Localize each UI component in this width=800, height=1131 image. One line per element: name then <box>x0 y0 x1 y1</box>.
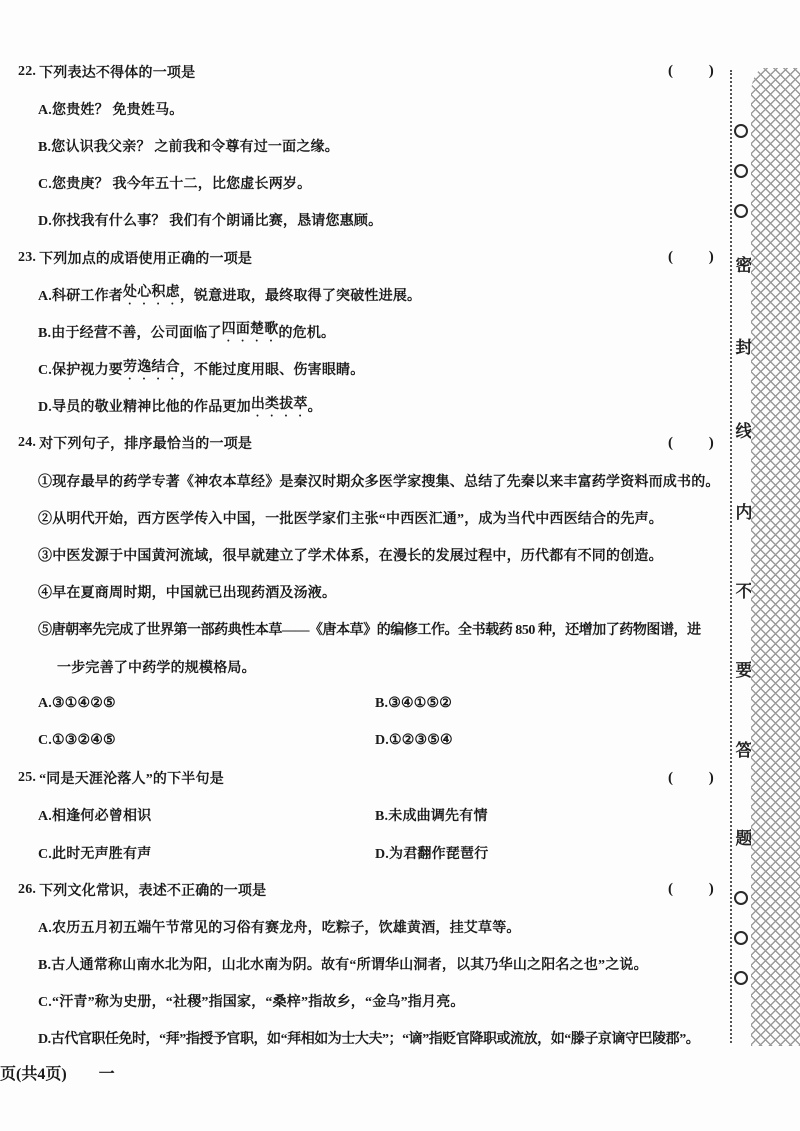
seal-dotted-line <box>730 70 732 1043</box>
bracket-open: ( <box>668 63 673 80</box>
option-line: B.古人通常称山南水北为阳，山北水南为阴。故有“所谓华山洞者，以其乃华山之阳名之… <box>0 946 732 983</box>
question-stem: 对下列句子，排序最恰当的一项是 <box>39 433 252 453</box>
page-footer: 2页(共4页) 一 <box>0 1054 115 1091</box>
question-stem: 下列文化常识，表述不正确的一项是 <box>39 880 266 900</box>
option-text: D.古代官职任免时，“拜”指授予官职，如“拜相如为士大夫”；“谪”指贬官降职或流… <box>38 1028 699 1048</box>
option-line: A.农历五月初五端午节常见的习俗有赛龙舟，吃粽子，饮雄黄酒，挂艾草等。 <box>0 908 732 945</box>
option-text: B.古人通常称山南水北为阳，山北水南为阴。故有“所谓华山洞者，以其乃华山之阳名之… <box>38 954 648 974</box>
option-text: 。 <box>308 396 322 416</box>
option-line: D.古代官职任免时，“拜”指授予官职，如“拜相如为士大夫”；“谪”指贬官降职或流… <box>0 1020 732 1057</box>
option-text: A.相逢何必曾相识 <box>38 805 151 825</box>
option-text: ③中医发源于中国黄河流域，很早就建立了学术体系，在漫长的发展过程中，历代都有不同… <box>38 545 663 565</box>
answer-bracket: () <box>668 239 714 276</box>
question-24-header: 24.对下列句子，排序最恰当的一项是() <box>0 425 732 462</box>
seal-circle <box>734 124 748 138</box>
option-line: C.您贵庚？ 我今年五十二，比您虚长两岁。 <box>0 165 732 202</box>
option-line: 一步完善了中药学的规模格局。 <box>0 648 732 685</box>
option-line: ④早在夏商周时期，中国就已出现药酒及汤液。 <box>0 574 732 611</box>
option-row: A.相逢何必曾相识B.未成曲调先有情 <box>0 797 732 834</box>
question-number: 26. <box>18 882 36 898</box>
option-line: ⑤唐朝率先完成了世界第一部药典性本草——《唐本草》的编修工作。全书载药 850 … <box>0 611 732 648</box>
seal-circle <box>734 931 748 945</box>
option-text: C.①③②④⑤ <box>38 732 116 749</box>
questions-area: 22.下列表达不得体的一项是()A.您贵姓？ 免贵姓马。B.您认识我父亲？ 之前… <box>0 0 732 1057</box>
option-text: 一步完善了中药学的规模格局。 <box>57 657 256 677</box>
option-col2: B.③④①⑤② <box>375 685 452 722</box>
option-line: ②从明代开始，西方医学传入中国，一批医学家们主张“中西医汇通”，成为当代中西医结… <box>0 499 732 536</box>
option-text: ②从明代开始，西方医学传入中国，一批医学家们主张“中西医汇通”，成为当代中西医结… <box>38 508 663 528</box>
option-line: D.你找我有什么事？ 我们有个朗诵比赛，恳请您惠顾。 <box>0 202 732 239</box>
option-text: D.导员的敬业精神比他的作品更加 <box>38 396 251 416</box>
bracket-open: ( <box>668 770 673 787</box>
option-line: B.由于经营不善，公司面临了四面楚歌的危机。 <box>0 313 732 350</box>
option-col2: D.①②③⑤④ <box>375 722 453 759</box>
question-stem: 下列加点的成语使用正确的一项是 <box>39 248 252 268</box>
emphasized-idiom: 四面楚歌 <box>222 318 279 345</box>
question-stem: 下列表达不得体的一项是 <box>39 62 195 82</box>
option-line: A.科研工作者处心积虑，锐意进取，最终取得了突破性进展。 <box>0 276 732 313</box>
option-line: C.“汗青”称为史册，“社稷”指国家，“桑梓”指故乡，“金乌”指月亮。 <box>0 983 732 1020</box>
bracket-close: ) <box>709 63 714 80</box>
option-text: ⑤唐朝率先完成了世界第一部药典性本草——《唐本草》的编修工作。全书载药 850 … <box>38 619 701 639</box>
question-22-header: 22.下列表达不得体的一项是() <box>0 53 732 90</box>
option-line: C.保护视力要劳逸结合，不能过度用眼、伤害眼睛。 <box>0 351 732 388</box>
question-number: 22. <box>18 64 36 80</box>
option-text: B.由于经营不善，公司面临了 <box>38 322 222 342</box>
seal-circle <box>734 164 748 178</box>
question-26-header: 26.下列文化常识，表述不正确的一项是() <box>0 871 732 908</box>
question-number: 25. <box>18 770 36 786</box>
option-text: A.科研工作者 <box>38 285 123 305</box>
option-text: C.保护视力要 <box>38 359 123 379</box>
seal-circle <box>734 971 748 985</box>
bracket-open: ( <box>668 881 673 898</box>
emphasized-idiom: 出类拔萃 <box>251 393 308 420</box>
binding-crosshatch-band <box>751 68 800 1046</box>
footer-dash: 一 <box>99 1061 115 1084</box>
option-col2: D.为君翻作琵琶行 <box>375 834 488 871</box>
bracket-close: ) <box>709 435 714 452</box>
page-number-text: 2页(共4页) <box>0 1061 67 1084</box>
answer-bracket: () <box>668 53 714 90</box>
option-row: C.①③②④⑤D.①②③⑤④ <box>0 722 732 759</box>
question-number: 23. <box>18 250 36 266</box>
question-number: 24. <box>18 435 36 451</box>
option-text: ，锐意进取，最终取得了突破性进展。 <box>180 285 421 305</box>
question-25-header: 25.“同是天涯沦落人”的下半句是() <box>0 760 732 797</box>
option-line: ①现存最早的药学专著《神农本草经》是秦汉时期众多医学家搜集、总结了先秦以来丰富药… <box>0 462 732 499</box>
option-line: A.您贵姓？ 免贵姓马。 <box>0 90 732 127</box>
bracket-close: ) <box>709 881 714 898</box>
option-text: ④早在夏商周时期，中国就已出现药酒及汤液。 <box>38 582 336 602</box>
exam-page: 22.下列表达不得体的一项是()A.您贵姓？ 免贵姓马。B.您认识我父亲？ 之前… <box>0 0 800 1131</box>
bracket-open: ( <box>668 435 673 452</box>
seal-circle <box>734 204 748 218</box>
option-line: B.您认识我父亲？ 之前我和令尊有过一面之缘。 <box>0 127 732 164</box>
option-text: B.您认识我父亲？ 之前我和令尊有过一面之缘。 <box>38 136 339 156</box>
bracket-open: ( <box>668 249 673 266</box>
answer-bracket: () <box>668 871 714 908</box>
option-text: 的危机。 <box>278 322 335 342</box>
option-text: A.您贵姓？ 免贵姓马。 <box>38 99 184 119</box>
answer-bracket: () <box>668 760 714 797</box>
option-col2: B.未成曲调先有情 <box>375 797 488 834</box>
question-23-header: 23.下列加点的成语使用正确的一项是() <box>0 239 732 276</box>
emphasized-idiom: 处心积虑 <box>123 281 180 308</box>
option-text: C.此时无声胜有声 <box>38 843 151 863</box>
question-stem: “同是天涯沦落人”的下半句是 <box>39 768 224 788</box>
option-row: A.③①④②⑤B.③④①⑤② <box>0 685 732 722</box>
emphasized-idiom: 劳逸结合 <box>123 356 180 383</box>
seal-circle <box>734 891 748 905</box>
option-text: ，不能过度用眼、伤害眼睛。 <box>180 359 365 379</box>
option-text: ①现存最早的药学专著《神农本草经》是秦汉时期众多医学家搜集、总结了先秦以来丰富药… <box>38 471 720 491</box>
option-text: C.您贵庚？ 我今年五十二，比您虚长两岁。 <box>38 173 311 193</box>
option-line: D.导员的敬业精神比他的作品更加出类拔萃。 <box>0 388 732 425</box>
bracket-close: ) <box>709 249 714 266</box>
option-text: A.③①④②⑤ <box>38 695 116 712</box>
option-text: D.你找我有什么事？ 我们有个朗诵比赛，恳请您惠顾。 <box>38 210 382 230</box>
option-line: ③中医发源于中国黄河流域，很早就建立了学术体系，在漫长的发展过程中，历代都有不同… <box>0 536 732 573</box>
answer-bracket: () <box>668 425 714 462</box>
option-text: C.“汗青”称为史册，“社稷”指国家，“桑梓”指故乡，“金乌”指月亮。 <box>38 991 465 1011</box>
bracket-close: ) <box>709 770 714 787</box>
option-row: C.此时无声胜有声D.为君翻作琵琶行 <box>0 834 732 871</box>
option-text: A.农历五月初五端午节常见的习俗有赛龙舟，吃粽子，饮雄黄酒，挂艾草等。 <box>38 917 521 937</box>
